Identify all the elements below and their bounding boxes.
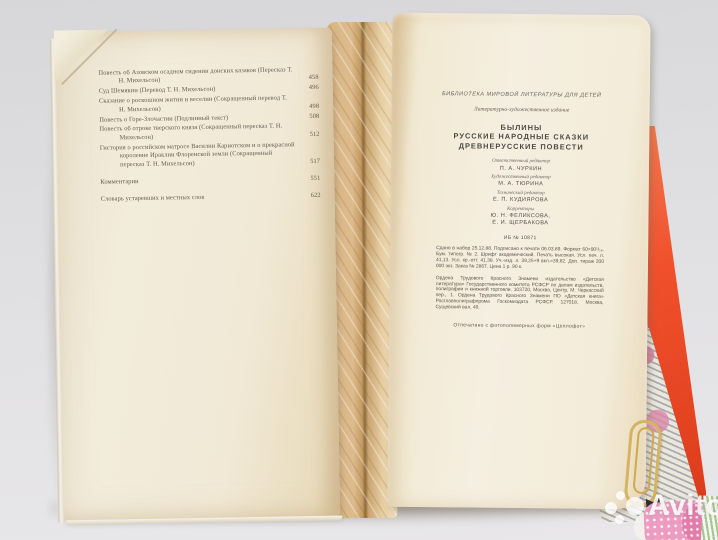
toc-entry: Сказание о роскошном житии и веселии (Со… xyxy=(99,94,319,115)
toc-entry-page: 551 xyxy=(310,175,320,184)
left-page: Повесть об Азовском осадном сидении донс… xyxy=(56,28,340,521)
avito-logo-dot xyxy=(605,502,617,514)
toc-entry-page: 498 xyxy=(309,102,319,111)
edition-type: Литературно-художественное издание xyxy=(428,106,616,114)
table-of-contents: Повесть об Азовском осадном сидении донс… xyxy=(98,66,320,206)
book-title-line: ДРЕВНЕРУССКИЕ ПОВЕСТИ xyxy=(427,141,615,152)
toc-entry-label: Словарь устаревших и местных слов xyxy=(101,193,297,205)
credit-name: Е. П. КУДИЯРОВА xyxy=(427,196,615,205)
toc-entry-page: 622 xyxy=(311,192,321,201)
toc-entry-label: Комментарии xyxy=(100,175,296,187)
toc-entry: Словарь устаревших и местных слов 622 xyxy=(101,192,321,204)
imprint-paragraph: Сдано в набор 25.12.88. Подписано к печа… xyxy=(436,246,604,271)
toc-entry: Гистория о российском матросе Василии Ка… xyxy=(100,141,320,170)
credit-name: Ю. Н. ФЕЛИКСОВА, Е. И. ЩЕРБАКОВА xyxy=(426,212,614,228)
avito-logo-dot xyxy=(616,491,625,500)
toc-entry-page: 512 xyxy=(310,131,320,140)
publisher-paragraph: Ордена Трудового Красного Знамени издате… xyxy=(435,276,603,313)
toc-entry-page: 508 xyxy=(309,112,319,121)
right-page: БИБЛИОТЕКА МИРОВОЙ ЛИТЕРАТУРЫ ДЛЯ ДЕТЕЙ … xyxy=(387,13,650,510)
toc-entry-label: Гистория о российском матросе Василии Ка… xyxy=(100,141,296,170)
toc-entry-page: 458 xyxy=(309,74,319,83)
series-title: БИБЛИОТЕКА МИРОВОЙ ЛИТЕРАТУРЫ ДЛЯ ДЕТЕЙ xyxy=(428,91,616,99)
toc-entry-page: 517 xyxy=(310,157,320,166)
avito-watermark-text: Avito xyxy=(648,489,718,523)
toc-entry-label: Сказание о роскошном житии и веселии (Со… xyxy=(99,95,295,115)
toc-entry-label: Повесть об Азовском осадном сидении донс… xyxy=(98,66,294,86)
toc-entry: Повесть об Азовском осадном сидении донс… xyxy=(98,66,318,87)
credit-name: П. А. ЧУРКИН xyxy=(427,165,615,174)
ib-number: ИБ № 10871 xyxy=(426,234,614,242)
colophon: БИБЛИОТЕКА МИРОВОЙ ЛИТЕРАТУРЫ ДЛЯ ДЕТЕЙ … xyxy=(425,91,615,330)
credits-block: Ответственный редактор П. А. ЧУРКИН Худо… xyxy=(426,158,615,228)
toc-entry: Комментарии 551 xyxy=(100,175,320,187)
avito-watermark: Avito xyxy=(604,488,718,536)
credit-name: М. А. ТЮРИНА xyxy=(427,180,615,189)
avito-logo-dot xyxy=(626,497,644,515)
toc-entry-label: Повесть об отроке тверского князя (Сокра… xyxy=(99,123,295,143)
avito-logo-dot xyxy=(615,515,624,524)
toc-entry: Повесть об отроке тверского князя (Сокра… xyxy=(99,122,319,143)
photo-open-book: Повесть об Азовском осадном сидении донс… xyxy=(0,0,718,540)
printing-note: Отпечатано с фотополимерных форм «Целлоф… xyxy=(425,322,613,330)
toc-entry-page: 496 xyxy=(309,84,319,93)
